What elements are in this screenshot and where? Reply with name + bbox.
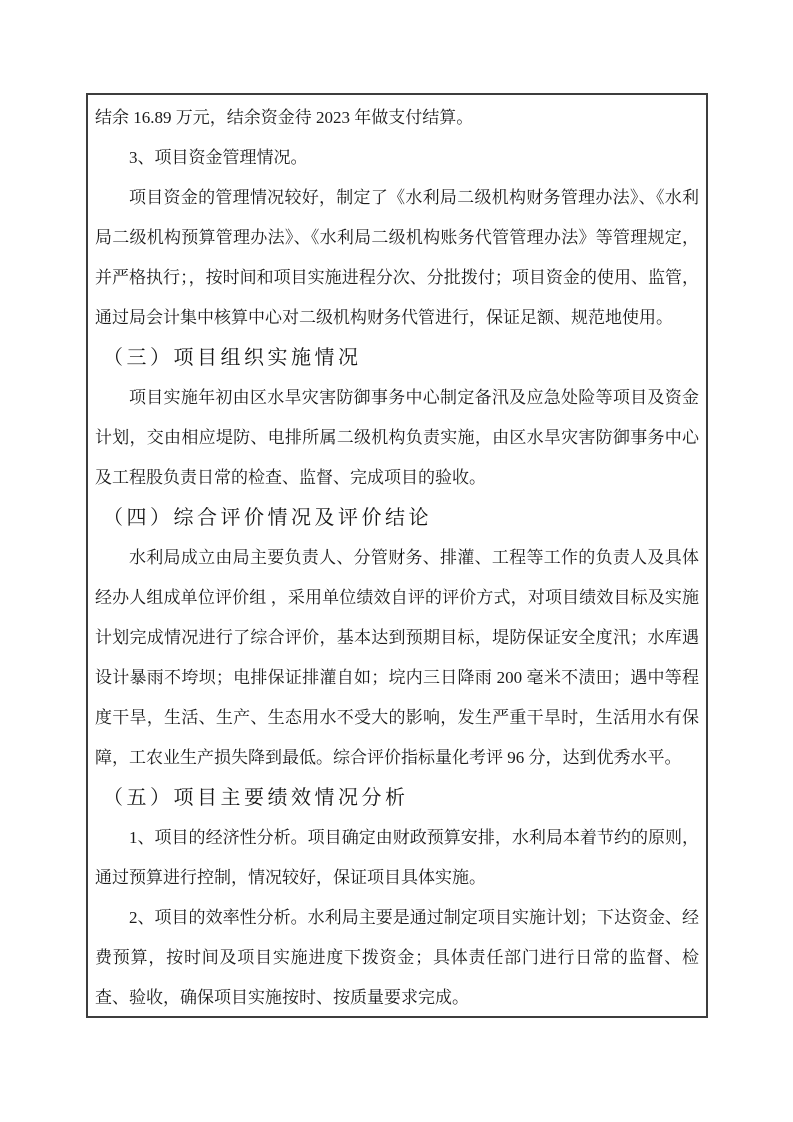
- paragraph-fund-management-detail: 项目资金的管理情况较好，制定了《水利局二级机构财务管理办法》、《水利局二级机构预…: [95, 178, 699, 338]
- heading-section-4-comprehensive-evaluation: （四）综合评价情况及评价结论: [95, 498, 699, 538]
- paragraph-evaluation-detail: 水利局成立由局主要负责人、分管财务、排灌、工程等工作的负责人及具体经办人组成单位…: [95, 538, 699, 778]
- paragraph-economy-analysis: 1、项目的经济性分析。项目确定由财政预算安排，水利局本着节约的原则，通过预算进行…: [95, 818, 699, 898]
- paragraph-efficiency-analysis: 2、项目的效率性分析。水利局主要是通过制定项目实施计划；下达资金、经费预算，按时…: [95, 898, 699, 1018]
- heading-section-3-organization-implementation: （三）项目组织实施情况: [95, 338, 699, 378]
- heading-section-5-performance-analysis: （五）项目主要绩效情况分析: [95, 778, 699, 818]
- report-text-cell: 结余 16.89 万元，结余资金待 2023 年做支付结算。 3、项目资金管理情…: [86, 93, 708, 1018]
- document-page: 结余 16.89 万元，结余资金待 2023 年做支付结算。 3、项目资金管理情…: [0, 0, 793, 1122]
- paragraph-balance-carryover: 结余 16.89 万元，结余资金待 2023 年做支付结算。: [95, 98, 699, 138]
- paragraph-implementation-detail: 项目实施年初由区水旱灾害防御事务中心制定备汛及应急处险等项目及资金计划，交由相应…: [95, 378, 699, 498]
- paragraph-fund-management-title: 3、项目资金管理情况。: [95, 138, 699, 178]
